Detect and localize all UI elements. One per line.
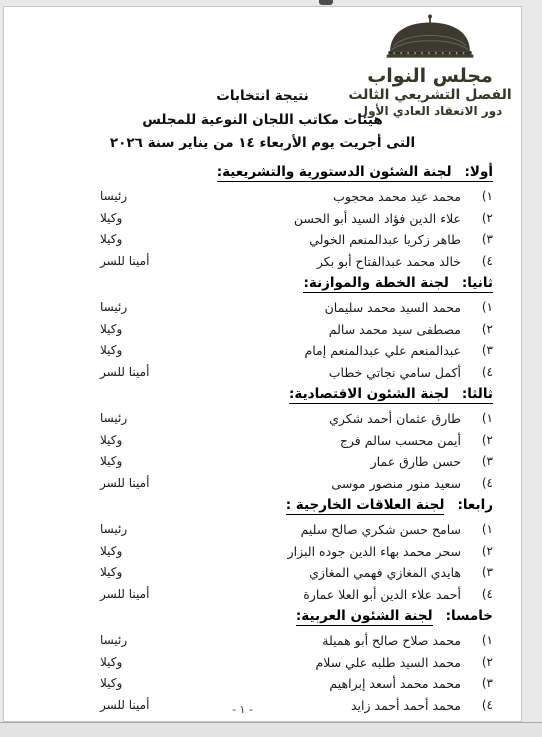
member-number: ٢) <box>461 322 493 336</box>
section-ordinal: خامسا: <box>446 608 493 624</box>
member-role: رئيسا <box>100 189 164 203</box>
document-page: مجلس النواب الفصل التشريعي الثالث دور ال… <box>3 6 522 722</box>
parliament-dome-icon <box>378 13 482 65</box>
member-name: خالد محمد عبدالفتاح أبو بكر <box>164 254 461 269</box>
section-ordinal: ثالثا: <box>462 386 493 402</box>
member-name: سحر محمد بهاء الدين جوده البزار <box>164 544 461 559</box>
member-number: ٢) <box>461 544 493 558</box>
member-row: ١)سامح حسن شكري صالح سليمرئيسا <box>100 522 493 544</box>
member-number: ١) <box>461 522 493 536</box>
member-role: وكيلا <box>100 676 164 690</box>
committee-name: لجنة الشئون الدستورية والتشريعية: <box>217 164 452 180</box>
member-row: ٣)محمد محمد أسعد إبراهيموكيلا <box>100 676 493 698</box>
member-number: ٣) <box>461 565 493 579</box>
title-line-3: التى أجريت يوم الأربعاء ١٤ من يناير سنة … <box>4 132 521 156</box>
member-role: أمينا للسر <box>100 254 164 268</box>
member-role: أمينا للسر <box>100 587 164 601</box>
member-role: وكيلا <box>100 211 164 225</box>
member-role: وكيلا <box>100 544 164 558</box>
scan-artifact-mark <box>319 0 333 5</box>
member-role: رئيسا <box>100 411 164 425</box>
member-row: ٢)علاء الدين فؤاد السيد أبو الحسنوكيلا <box>100 211 493 233</box>
committee-name: لجنة الشئون العربية: <box>296 608 433 626</box>
member-row: ٢)مصطفى سيد محمد سالموكيلا <box>100 322 493 344</box>
member-name: طاهر زكريا عبدالمنعم الخولي <box>164 232 461 247</box>
section-ordinal: ثانيا: <box>462 275 493 291</box>
member-row: ١)طارق عثمان أحمد شكريرئيسا <box>100 411 493 433</box>
member-name: هايدي المغازي فهمي المغازي <box>164 565 461 580</box>
member-number: ٤) <box>461 476 493 490</box>
member-name: محمد محمد أسعد إبراهيم <box>164 676 461 691</box>
member-role: وكيلا <box>100 565 164 579</box>
member-row: ٣)هايدي المغازي فهمي المغازيوكيلا <box>100 565 493 587</box>
member-role: وكيلا <box>100 322 164 336</box>
member-name: سامح حسن شكري صالح سليم <box>164 522 461 537</box>
member-number: ٢) <box>461 211 493 225</box>
title-line-2: هيئات مكاتب اللجان النوعية للمجلس <box>4 109 521 133</box>
member-number: ١) <box>461 300 493 314</box>
member-role: وكيلا <box>100 232 164 246</box>
member-number: ١) <box>461 633 493 647</box>
title-line-1: نتيجة انتخابات <box>4 85 521 109</box>
member-number: ٣) <box>461 232 493 246</box>
section-ordinal: رابعا: <box>457 497 493 513</box>
member-row: ٤)أحمد علاء الدين أبو العلا عمارةأمينا ل… <box>100 587 493 609</box>
member-name: محمد السيد طلبه علي سلام <box>164 655 461 670</box>
member-row: ١)محمد صلاح صالح أبو هميلةرئيسا <box>100 633 493 655</box>
member-row: ٤)أكمل سامي نجاتي خطابأمينا للسر <box>100 365 493 387</box>
member-role: رئيسا <box>100 633 164 647</box>
member-number: ٣) <box>461 343 493 357</box>
member-name: سعيد منور منصور موسى <box>164 476 461 491</box>
member-name: أيمن محسب سالم فرج <box>164 433 461 448</box>
member-name: طارق عثمان أحمد شكري <box>164 411 461 426</box>
page-number: - ١ - <box>4 703 481 716</box>
member-number: ٤) <box>461 587 493 601</box>
member-role: رئيسا <box>100 522 164 536</box>
member-role: أمينا للسر <box>100 476 164 490</box>
member-name: مصطفى سيد محمد سالم <box>164 322 461 337</box>
member-name: أحمد علاء الدين أبو العلا عمارة <box>164 587 461 602</box>
member-number: ٤) <box>461 365 493 379</box>
member-role: وكيلا <box>100 655 164 669</box>
section-header: ثانيا:لجنة الخطة والموازنة: <box>100 275 493 300</box>
section-constitutional: أولا:لجنة الشئون الدستورية والتشريعية: ١… <box>100 164 493 275</box>
member-name: علاء الدين فؤاد السيد أبو الحسن <box>164 211 461 226</box>
section-header: ثالثا:لجنة الشئون الاقتصادية: <box>100 386 493 411</box>
member-row: ١)محمد السيد محمد سليمانرئيسا <box>100 300 493 322</box>
section-header: رابعا:لجنة العلاقات الخارجية : <box>100 497 493 522</box>
member-row: ٤)خالد محمد عبدالفتاح أبو بكرأمينا للسر <box>100 254 493 276</box>
member-row: ٢)سحر محمد بهاء الدين جوده البزاروكيلا <box>100 544 493 566</box>
member-row: ٣)حسن طارق عماروكيلا <box>100 454 493 476</box>
member-name: محمد صلاح صالح أبو هميلة <box>164 633 461 648</box>
sections-list: أولا:لجنة الشئون الدستورية والتشريعية: ١… <box>100 164 493 719</box>
member-role: وكيلا <box>100 454 164 468</box>
member-row: ٢)أيمن محسب سالم فرجوكيلا <box>100 433 493 455</box>
section-header: خامسا:لجنة الشئون العربية: <box>100 608 493 633</box>
member-role: وكيلا <box>100 343 164 357</box>
member-role: وكيلا <box>100 433 164 447</box>
section-header: أولا:لجنة الشئون الدستورية والتشريعية: <box>100 164 493 189</box>
member-number: ٣) <box>461 454 493 468</box>
member-number: ٣) <box>461 676 493 690</box>
member-number: ١) <box>461 411 493 425</box>
committee-name: لجنة العلاقات الخارجية : <box>286 497 445 515</box>
member-name: محمد عيد محمد محجوب <box>164 189 461 204</box>
member-name: عبدالمنعم علي عبدالمنعم إمام <box>164 343 461 358</box>
org-name: مجلس النواب <box>345 65 515 87</box>
member-name: أكمل سامي نجاتي خطاب <box>164 365 461 380</box>
section-ordinal: أولا: <box>465 164 493 180</box>
section-economic: ثالثا:لجنة الشئون الاقتصادية: ١)طارق عثم… <box>100 386 493 497</box>
committee-name: لجنة الشئون الاقتصادية: <box>289 386 449 402</box>
section-foreign-relations: رابعا:لجنة العلاقات الخارجية : ١)سامح حس… <box>100 497 493 608</box>
member-number: ٢) <box>461 655 493 669</box>
member-name: حسن طارق عمار <box>164 454 461 469</box>
member-number: ٢) <box>461 433 493 447</box>
member-name: محمد السيد محمد سليمان <box>164 300 461 315</box>
member-row: ٢)محمد السيد طلبه علي سلاموكيلا <box>100 655 493 677</box>
committee-name: لجنة الخطة والموازنة: <box>303 275 448 291</box>
member-role: رئيسا <box>100 300 164 314</box>
section-plan-budget: ثانيا:لجنة الخطة والموازنة: ١)محمد السيد… <box>100 275 493 386</box>
member-row: ٣)عبدالمنعم علي عبدالمنعم إماموكيلا <box>100 343 493 365</box>
member-number: ١) <box>461 189 493 203</box>
document-title: نتيجة انتخابات هيئات مكاتب اللجان النوعي… <box>4 85 521 156</box>
member-row: ٣)طاهر زكريا عبدالمنعم الخوليوكيلا <box>100 232 493 254</box>
member-number: ٤) <box>461 254 493 268</box>
member-row: ١)محمد عيد محمد محجوبرئيسا <box>100 189 493 211</box>
member-row: ٤)سعيد منور منصور موسىأمينا للسر <box>100 476 493 498</box>
member-role: أمينا للسر <box>100 365 164 379</box>
viewer-bottom-bar <box>0 722 542 737</box>
